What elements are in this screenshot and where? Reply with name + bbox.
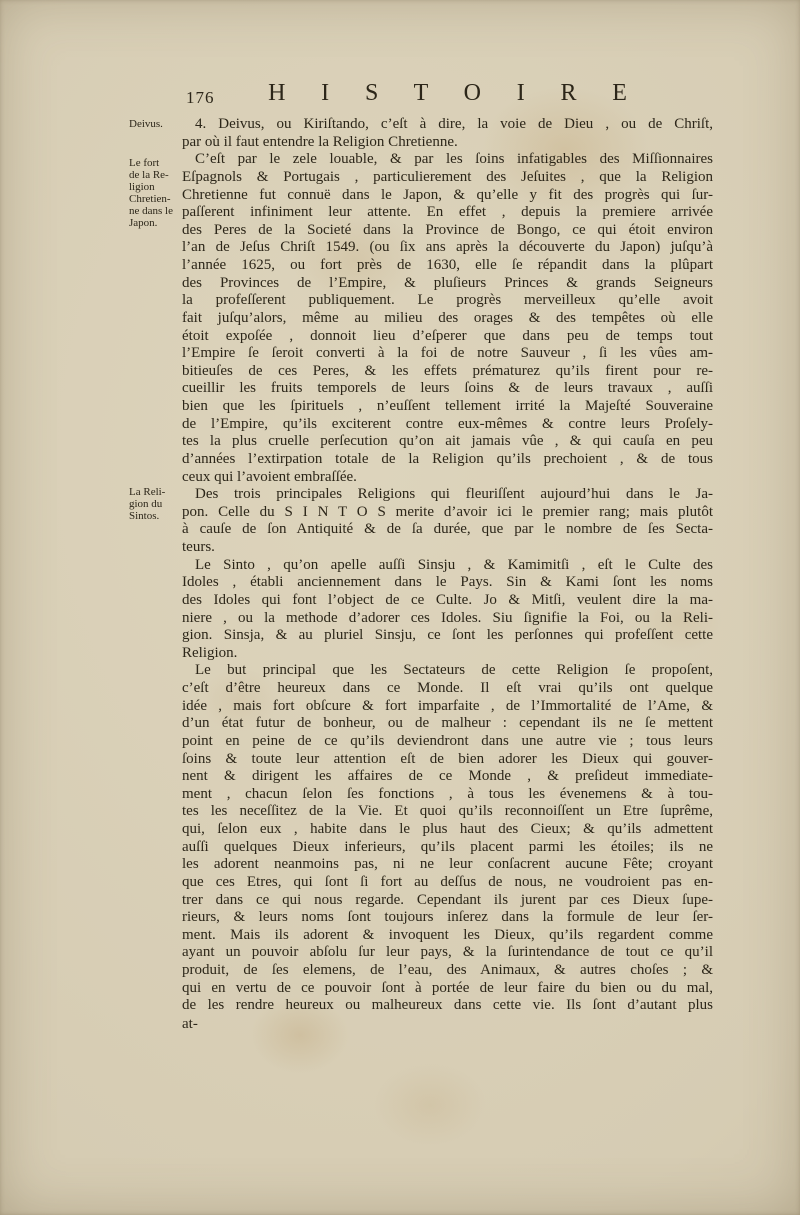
body-line: teurs.	[182, 539, 713, 557]
body-line: d’un état futur de bonheur, ou de malheu…	[182, 715, 713, 733]
body-line: Chretienne fut connuë dans le Japon, & q…	[182, 187, 713, 205]
body-line: Idoles , établi anciennement dans le Pay…	[182, 574, 713, 592]
body-line: de les rendre heureux ou malheureux dans…	[182, 997, 713, 1015]
body-line: cueillir les fruits temporels de leurs ſ…	[182, 380, 713, 398]
body-line: nent & dirigent les affaires de ce Monde…	[182, 768, 713, 786]
body-line: ceux qui l’avoient embraſſée.	[182, 469, 713, 487]
body-line: trer dans ce qui nous regarde. Cependant…	[182, 892, 713, 910]
body-line: niere , ou la methode d’adorer ces Idole…	[182, 610, 713, 628]
margin-note-line: Deivus.	[129, 119, 187, 131]
body-line: qui en vertu de ce pouvoir ſont à portée…	[182, 980, 713, 998]
body-line: l’an de Jeſus Chriſt 1549. (ou ſix ans a…	[182, 239, 713, 257]
body-line: Le but principal que les Sectateurs de c…	[182, 662, 713, 680]
note-le-fort-de-la-religion: Le fortde la Re-ligionChretien-ne dans l…	[129, 158, 187, 229]
body-line: ment. Mais ils adorent & invoquent les D…	[182, 927, 713, 945]
body-line: que ces Etres, qui ſont ſi fort au deſſu…	[182, 874, 713, 892]
body-text-block: 4. Deivus, ou Kiriſtando, c’eſt à dire, …	[182, 116, 713, 1034]
body-line: Des trois principales Religions qui fleu…	[182, 486, 713, 504]
body-line: tes la plus cruelle perſecution qu’on ai…	[182, 433, 713, 451]
body-line: ſoins & toute leur attention eſt de bien…	[182, 751, 713, 769]
body-line: bitieuſes de ces Peres, & les effets pré…	[182, 363, 713, 381]
body-line: produit, de ſes elemens, de l’eau, des A…	[182, 962, 713, 980]
body-line: point en peine de ce qu’ils deviendront …	[182, 733, 713, 751]
note-la-religion-du-sintos: La Reli-gion duSintos.	[129, 487, 187, 523]
catchword: at-	[182, 1015, 713, 1034]
body-line: bien que les ſpirituels , n’euſſent tell…	[182, 398, 713, 416]
body-line: C’eſt par le zele louable, & par les ſoi…	[182, 151, 713, 169]
body-line: Le Sinto , qu’on apelle auſſi Sinsju , &…	[182, 557, 713, 575]
body-line: auſſi quelques Dieux inferieurs, qu’ils …	[182, 839, 713, 857]
body-line: ment , chacun ſelon ſes fonctions , à to…	[182, 786, 713, 804]
body-line: des Idoles qui font l’object de ce Culte…	[182, 592, 713, 610]
body-line: paſſerent infiniment leur attente. En ef…	[182, 204, 713, 222]
running-header: H I S T O I R E	[182, 80, 713, 107]
body-line: l’année 1625, ou fort près de 1630, elle…	[182, 257, 713, 275]
body-line: des Provinces de l’Empire, & pluſieurs P…	[182, 275, 713, 293]
margin-note-line: ne dans le	[129, 206, 187, 218]
body-line: idée , mais fort obſcure & fort imparfai…	[182, 698, 713, 716]
body-line: 4. Deivus, ou Kiriſtando, c’eſt à dire, …	[182, 116, 713, 134]
margin-note-line: ligion	[129, 182, 187, 194]
body-line: Eſpagnols & Portugais , particulierement…	[182, 169, 713, 187]
margin-note-line: Chretien-	[129, 194, 187, 206]
body-line: Religion.	[182, 645, 713, 663]
body-line: d’années l’extirpation totale de la Reli…	[182, 451, 713, 469]
body-line: à cauſe de ſon Antiquité & de ſa durée, …	[182, 521, 713, 539]
body-line: c’eſt d’être heureux dans ce Monde. Il e…	[182, 680, 713, 698]
body-line: gion. Sinsja, & au pluriel Sinsju, ce ſo…	[182, 627, 713, 645]
note-deivus: Deivus.	[129, 119, 187, 131]
body-line: fait juſqu’alors, même au milieu des ora…	[182, 310, 713, 328]
body-line: rieurs, & leurs noms ſont toujours inſer…	[182, 909, 713, 927]
body-line: la profeſſerent publiquement. Le progrès…	[182, 292, 713, 310]
body-line: qui, ſelon eux , habite dans le plus hau…	[182, 821, 713, 839]
body-line: ayant un pouvoir abſolu ſur leur pays, &…	[182, 944, 713, 962]
margin-note-line: Japon.	[129, 218, 187, 230]
body-line: pon. Celle du S I N T O S merite d’avoir…	[182, 504, 713, 522]
body-line: par où il faut entendre la Religion Chre…	[182, 134, 713, 152]
body-line: étoit expoſée , donnoit lieu d’eſperer q…	[182, 328, 713, 346]
body-line: tes les neceſſitez de la Vie. Et quoi qu…	[182, 803, 713, 821]
body-line: des Peres de la Societé dans la Province…	[182, 222, 713, 240]
body-line: de l’Empire, qu’ils exciterent contre eu…	[182, 416, 713, 434]
body-line: les adorent neanmoins pas, ni ne leur co…	[182, 856, 713, 874]
body-line: l’Empire ſe ſeroit converti à la foi de …	[182, 345, 713, 363]
margin-note-line: Sintos.	[129, 511, 187, 523]
